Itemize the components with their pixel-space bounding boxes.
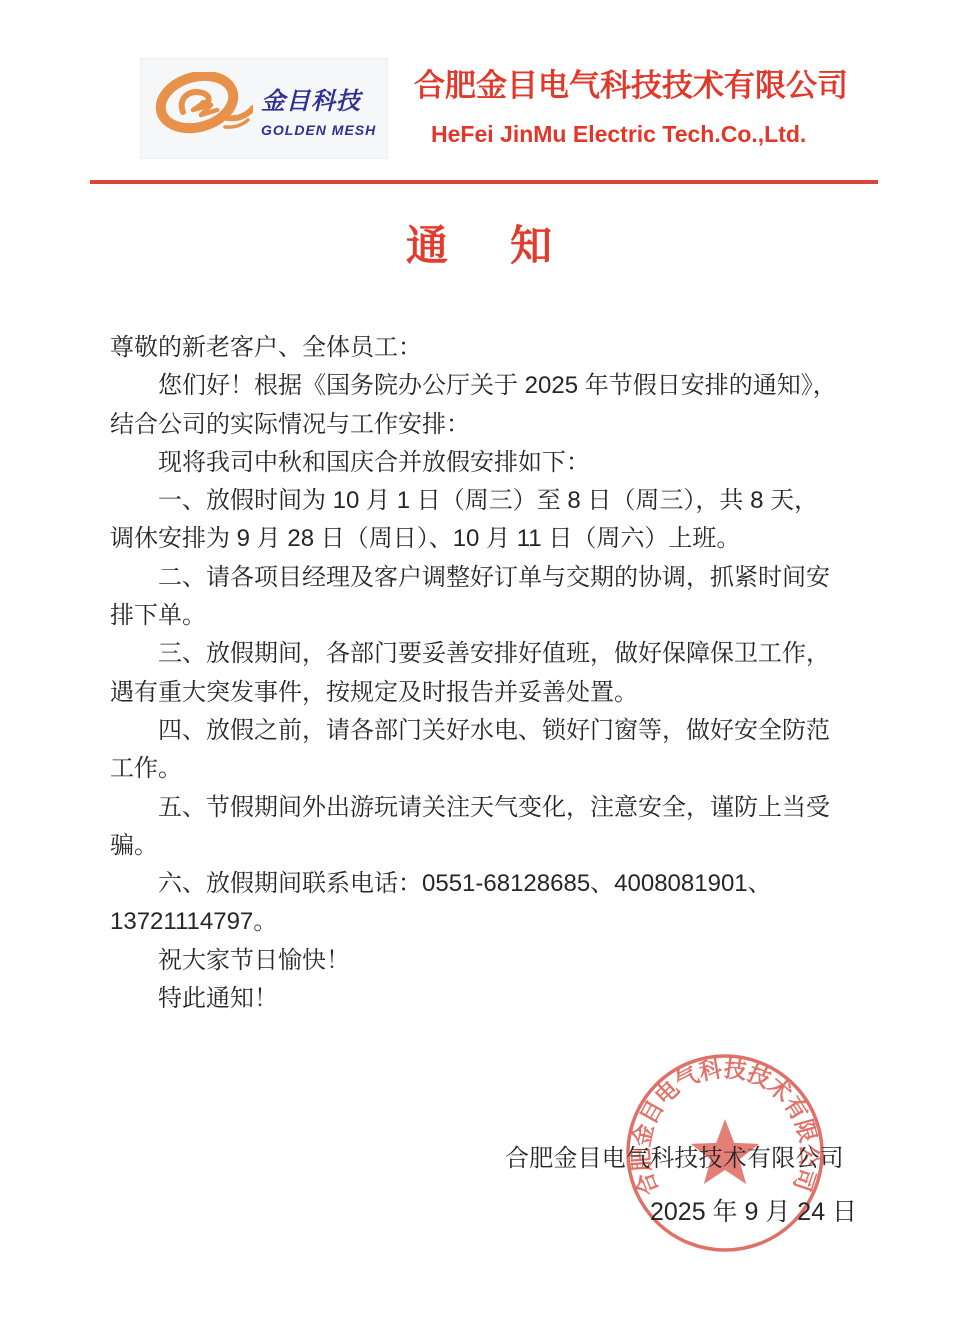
notice-document: 金目科技 GOLDEN MESH 合肥金目电气科技技术有限公司 HeFei Ji…	[0, 0, 968, 1324]
signature-date: 2025 年 9 月 24 日	[650, 1192, 857, 1228]
logo-name-cn: 金目科技	[261, 81, 381, 116]
body-line: 排下单。	[110, 597, 870, 635]
body-line: 13721114797。	[110, 903, 870, 941]
body-line: 三、放假期间，各部门要妥善安排好值班，做好保障保卫工作，	[110, 635, 870, 673]
body-line: 工作。	[110, 750, 870, 788]
body-line: 五、节假期间外出游玩请关注天气变化，注意安全，谨防上当受	[110, 789, 870, 827]
signature-company: 合肥金目电气科技技术有限公司	[505, 1138, 844, 1173]
body-line: 您们好！根据《国务院办公厅关于 2025 年节假日安排的通知》，	[110, 367, 870, 405]
body-line: 六、放假期间联系电话：0551-68128685、4008081901、	[110, 865, 870, 903]
body-line: 骗。	[110, 827, 870, 865]
logo-swirl-icon	[153, 72, 253, 134]
company-name-en: HeFei JinMu Electric Tech.Co.,Ltd.	[431, 121, 806, 148]
logo-name-en: GOLDEN MESH	[261, 122, 381, 138]
header-divider	[90, 180, 878, 184]
body-line: 现将我司中秋和国庆合并放假安排如下：	[110, 444, 870, 482]
body-line: 四、放假之前，请各部门关好水电、锁好门窗等，做好安全防范	[110, 712, 870, 750]
company-name-cn: 合肥金目电气科技技术有限公司	[414, 60, 848, 105]
body-line: 特此通知！	[110, 980, 870, 1018]
company-logo: 金目科技 GOLDEN MESH	[140, 58, 388, 159]
logo-text-block: 金目科技 GOLDEN MESH	[261, 81, 381, 138]
body-line: 遇有重大突发事件，按规定及时报告并妥善处置。	[110, 674, 870, 712]
body-line: 二、请各项目经理及客户调整好订单与交期的协调，抓紧时间安	[110, 559, 870, 597]
body-line: 一、放假时间为 10 月 1 日（周三）至 8 日（周三），共 8 天，	[110, 482, 870, 520]
body-line: 调休安排为 9 月 28 日（周日）、10 月 11 日（周六）上班。	[110, 520, 870, 558]
notice-body: 尊敬的新老客户、全体员工： 您们好！根据《国务院办公厅关于 2025 年节假日安…	[110, 329, 870, 1018]
notice-title: 通 知	[0, 213, 968, 273]
body-line: 祝大家节日愉快！	[110, 942, 870, 980]
body-line: 尊敬的新老客户、全体员工：	[110, 329, 870, 367]
body-line: 结合公司的实际情况与工作安排：	[110, 406, 870, 444]
